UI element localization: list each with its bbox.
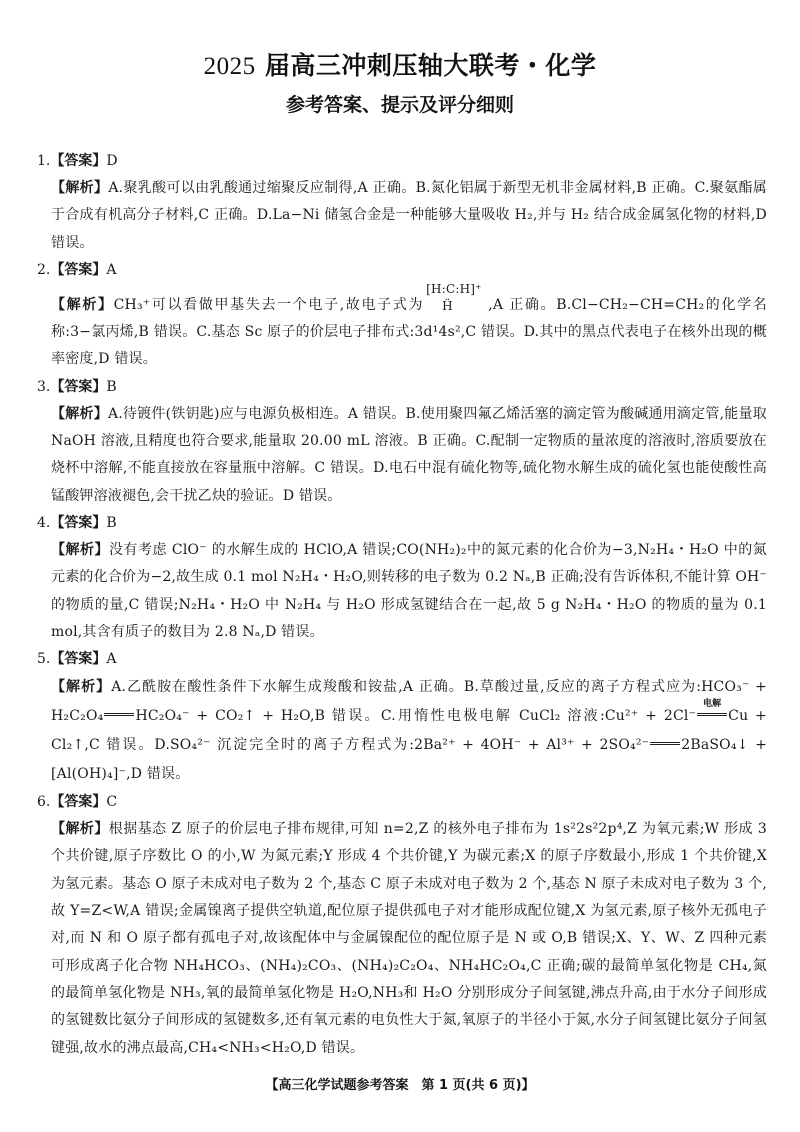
lewis-bottom: Ḧ (442, 293, 453, 320)
answer-line: 4.【答案】B (37, 510, 767, 537)
analysis-text: 没有考虑 ClO⁻ 的水解生成的 HClO,A 错误;CO(NH₂)₂中的氮元素… (51, 542, 767, 640)
answer-label: 【答案】 (50, 379, 106, 395)
analysis-text: 根据基态 Z 原子的价层电子排布规律,可知 n=2,Z 的核外电子排布为 1s²… (51, 821, 767, 1055)
analysis-label: 【解析】 (51, 406, 108, 422)
analysis-label: 【解析】 (51, 821, 109, 837)
page-footer: 【高三化学试题参考答案 第 1 页(共 6 页)】 (0, 1074, 800, 1093)
analysis-text: A.聚乳酸可以由乳酸通过缩聚反应制得,A 正确。B.氮化铝属于新型无机非金属材料… (51, 180, 767, 251)
answer-value: D (106, 153, 117, 169)
question-number: 2. (37, 262, 50, 278)
title-text: 届高三冲刺压轴大联考・化学 (265, 51, 597, 80)
answer-label: 【答案】 (50, 262, 106, 278)
question-2: 2.【答案】A 【解析】CH₃⁺可以看做甲基失去一个电子,故电子式为[H:C:H… (37, 257, 767, 374)
page-title: 2025 届高三冲刺压轴大联考・化学 (0, 46, 800, 82)
question-number: 3. (37, 379, 50, 395)
lewis-top: [H:C:H]⁺ (426, 276, 482, 303)
question-number: 5. (37, 651, 50, 667)
analysis-label: 【解析】 (51, 180, 108, 196)
question-4: 4.【答案】B 【解析】没有考虑 ClO⁻ 的水解生成的 HClO,A 错误;C… (37, 510, 767, 646)
answer-line: 5.【答案】A (37, 646, 767, 673)
equals-sign-icon (650, 742, 680, 745)
question-5: 5.【答案】A 【解析】A.乙酰胺在酸性条件下水解生成羧酸和铵盐,A 正确。B.… (37, 646, 767, 789)
page-subtitle: 参考答案、提示及评分细则 (0, 90, 800, 117)
analysis-label: 【解析】 (51, 297, 114, 313)
answer-label: 【答案】 (50, 153, 106, 169)
analysis-text: 可以看做甲基失去一个电子,故电子式为 (150, 297, 424, 313)
answer-value: B (106, 515, 116, 531)
analysis: 【解析】CH₃⁺可以看做甲基失去一个电子,故电子式为[H:C:H]⁺Ḧ,A 正确… (37, 292, 767, 374)
answer-line: 3.【答案】B (37, 374, 767, 401)
reaction-condition: 电解 (696, 702, 728, 731)
answer-value: B (106, 379, 116, 395)
analysis: 【解析】A.待镀件(铁钥匙)应与电源负极相连。A 错误。B.使用聚四氟乙烯活塞的… (37, 401, 767, 510)
analysis-text: A.待镀件(铁钥匙)应与电源负极相连。A 错误。B.使用聚四氟乙烯活塞的滴定管为… (51, 406, 767, 504)
question-6: 6.【答案】C 【解析】根据基态 Z 原子的价层电子排布规律,可知 n=2,Z … (37, 789, 767, 1062)
question-3: 3.【答案】B 【解析】A.待镀件(铁钥匙)应与电源负极相连。A 错误。B.使用… (37, 374, 767, 510)
analysis-text-2: HC₂O₄⁻ + CO₂↑ + H₂O,B 错误。C.用惰性电极电解 CuCl₂… (135, 708, 696, 724)
answer-label: 【答案】 (50, 515, 106, 531)
condition-label: 电解 (696, 690, 728, 719)
ion-formula: CH₃⁺ (114, 297, 151, 313)
answer-line: 6.【答案】C (37, 789, 767, 816)
question-number: 6. (37, 794, 50, 810)
analysis: 【解析】没有考虑 ClO⁻ 的水解生成的 HClO,A 错误;CO(NH₂)₂中… (37, 537, 767, 646)
lewis-structure: [H:C:H]⁺Ḧ (424, 295, 488, 309)
answer-value: A (106, 262, 116, 278)
answer-line: 1.【答案】D (37, 148, 767, 175)
question-number: 1. (37, 153, 50, 169)
title-year: 2025 (204, 53, 256, 80)
answer-label: 【答案】 (50, 651, 106, 667)
analysis-label: 【解析】 (51, 679, 111, 695)
equals-sign-icon (104, 713, 134, 716)
question-number: 4. (37, 515, 50, 531)
question-1: 1.【答案】D 【解析】A.聚乳酸可以由乳酸通过缩聚反应制得,A 正确。B.氮化… (37, 148, 767, 257)
analysis: 【解析】A.聚乳酸可以由乳酸通过缩聚反应制得,A 正确。B.氮化铝属于新型无机非… (37, 175, 767, 257)
answer-line: 2.【答案】A (37, 257, 767, 284)
analysis: 【解析】根据基态 Z 原子的价层电子排布规律,可知 n=2,Z 的核外电子排布为… (37, 816, 767, 1062)
analysis-label: 【解析】 (51, 542, 109, 558)
answer-value: A (106, 651, 116, 667)
answer-value: C (106, 794, 117, 810)
answer-label: 【答案】 (50, 794, 106, 810)
answer-content: 1.【答案】D 【解析】A.聚乳酸可以由乳酸通过缩聚反应制得,A 正确。B.氮化… (37, 148, 767, 1062)
analysis: 【解析】A.乙酰胺在酸性条件下水解生成羧酸和铵盐,A 正确。B.草酸过量,反应的… (37, 673, 767, 789)
